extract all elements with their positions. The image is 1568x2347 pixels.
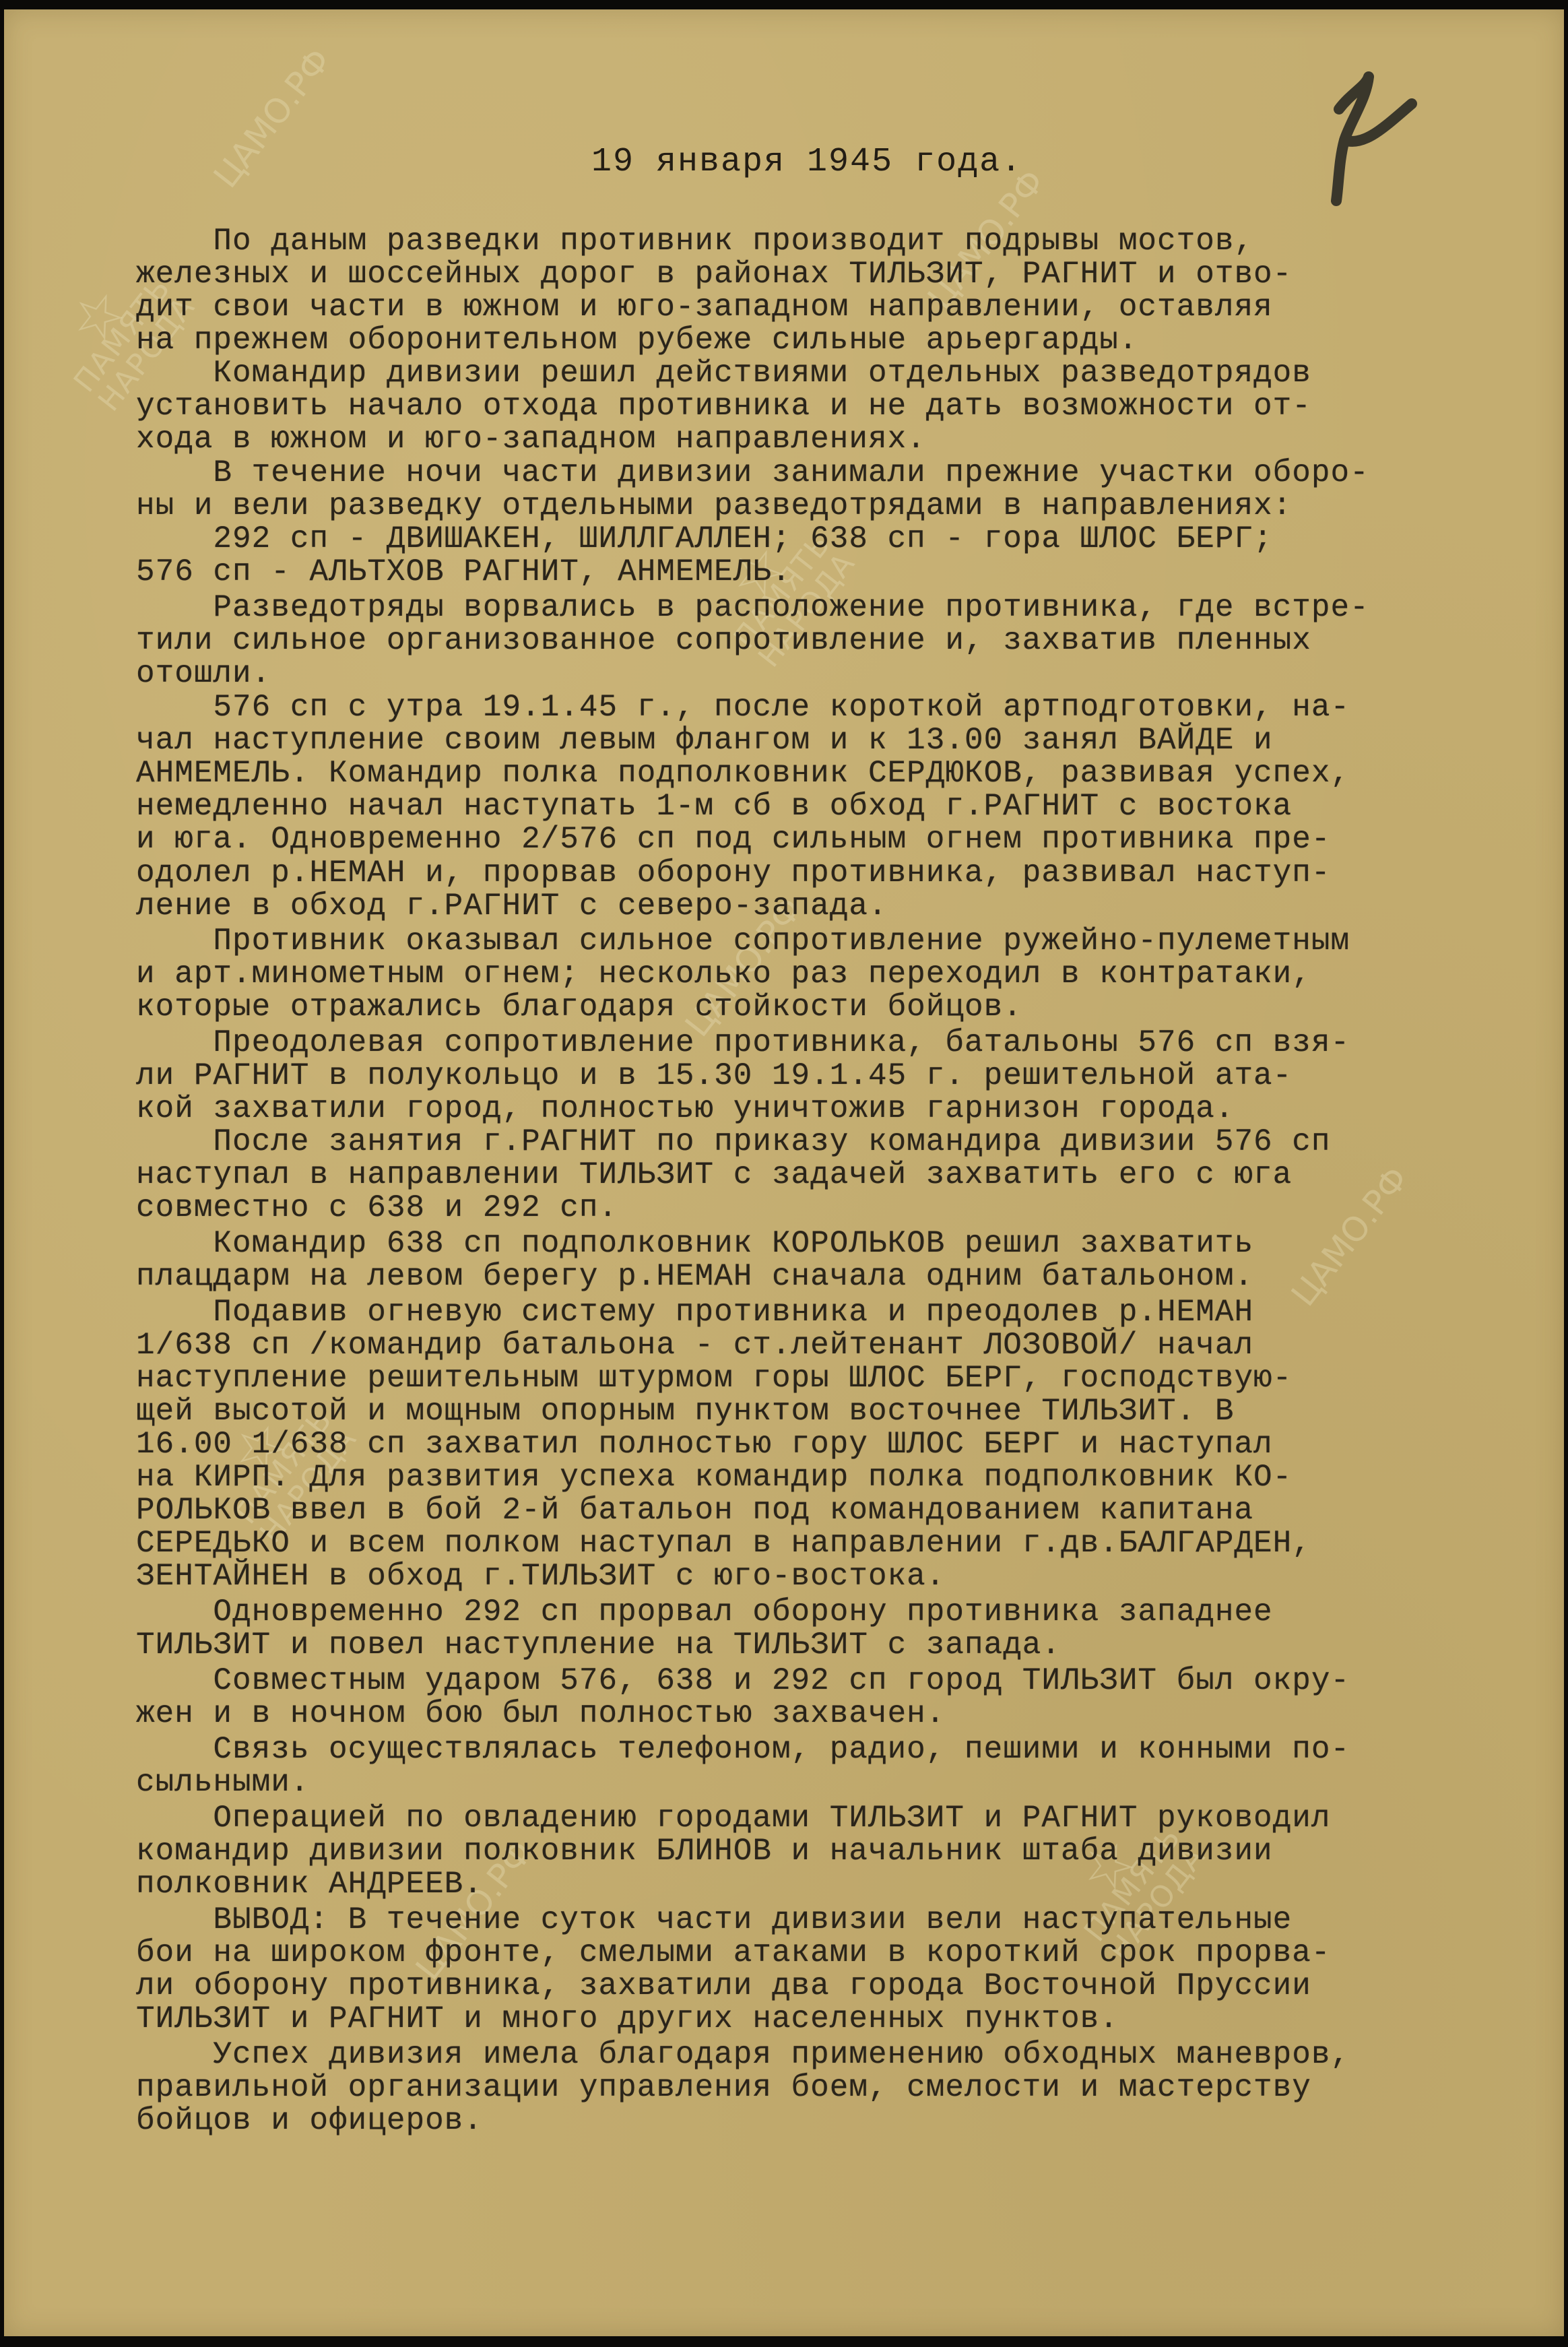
text-line: Преодолевая сопротивление противника, ба… [136,1025,1350,1060]
handwritten-page-number [1324,66,1425,214]
text-line: бои на широком фронте, смелыми атаками в… [136,1935,1330,1970]
text-line: Одновременно 292 сп прорвал оборону прот… [136,1595,1273,1630]
text-line: Связь осуществлялась телефоном, радио, п… [136,1732,1350,1767]
text-line: установить начало отхода противника и не… [136,389,1311,424]
document-page: ЦАМО.РФ ЦАМО.РФ ЦАМО.РФ ЦАМО.РФ ЦАМО.РФ … [4,9,1564,2336]
watermark-text: ЦАМО.РФ [1284,1159,1416,1313]
text-line: Операцией по овладению городами ТИЛЬЗИТ … [136,1801,1330,1836]
text-line: Командир дивизии решил действиями отдель… [136,356,1311,391]
date-heading: 19 января 1945 года. [591,143,1022,181]
text-line: немедленно начал наступать 1-м сб в обхо… [136,789,1292,824]
text-line: командир дивизии полковник БЛИНОВ и нача… [136,1834,1273,1869]
text-line: Успех дивизия имела благодаря применению… [136,2037,1350,2072]
text-line: наступал в направлении ТИЛЬЗИТ с задачей… [136,1157,1292,1192]
text-line: правильной организации управления боем, … [136,2070,1311,2105]
text-line: После занятия г.РАГНИТ по приказу команд… [136,1124,1330,1159]
text-line: ВЫВОД: В течение суток части дивизии вел… [136,1902,1292,1937]
text-line: АНМЕМЕЛЬ. Командир полка подполковник СЕ… [136,756,1350,791]
text-line: ли РАГНИТ в полукольцо и в 15.30 19.1.45… [136,1058,1292,1093]
text-line: чал наступление своим левым флангом и к … [136,723,1273,758]
text-line: и арт.минометным огнем; несколько раз пе… [136,957,1311,992]
text-line: В течение ночи части дивизии занимали пр… [136,455,1369,490]
text-line: совместно с 638 и 292 сп. [136,1190,618,1225]
text-line: ли оборону противника, захватили два гор… [136,1968,1311,2003]
watermark-camo: ЦАМО.РФ [206,41,338,195]
text-line: дит свои части в южном и юго-западном на… [136,290,1273,325]
text-line: хода в южном и юго-западном направлениях… [136,422,926,457]
text-line: бойцов и офицеров. [136,2103,483,2138]
text-line: и юга. Одновременно 2/576 сп под сильным… [136,822,1330,857]
text-line: 1/638 сп /командир батальона - ст.лейтен… [136,1328,1253,1363]
text-line: на КИРП. Для развития успеха командир по… [136,1460,1292,1495]
text-line: наступление решительным штурмом горы ШЛО… [136,1361,1292,1396]
text-line: ТИЛЬЗИТ и повел наступление на ТИЛЬЗИТ с… [136,1628,1061,1663]
text-line: Командир 638 сп подполковник КОРОЛЬКОВ р… [136,1226,1253,1261]
watermark-text: ЦАМО.РФ [206,41,338,195]
text-line: полковник АНДРЕЕВ. [136,1867,483,1902]
text-line: Совместным ударом 576, 638 и 292 сп горо… [136,1663,1350,1698]
text-line: Противник оказывал сильное сопротивление… [136,924,1350,959]
text-line: на прежнем оборонительном рубеже сильные… [136,323,1138,358]
text-line: 576 сп - АЛЬТХОВ РАГНИТ, АНМЕМЕЛЬ. [136,554,791,589]
text-line: кой захватили город, полностью уничтожив… [136,1091,1234,1126]
text-line: 16.00 1/638 сп захватил полностью гору Ш… [136,1427,1273,1462]
text-line: 292 сп - ДВИШАКЕН, ШИЛЛГАЛЛЕН; 638 сп - … [136,521,1273,556]
text-line: одолел р.НЕМАН и, прорвав оборону против… [136,856,1330,891]
text-line: СЕРЕДЬКО и всем полком наступал в направ… [136,1526,1311,1561]
text-line: железных и шоссейных дорог в районах ТИЛ… [136,257,1292,292]
text-line: жен и в ночном бою был полностью захваче… [136,1696,945,1731]
text-line: ны и вели разведку отдельными разведотря… [136,488,1292,523]
text-line: тили сильное организованное сопротивлени… [136,623,1311,658]
text-line: Подавив огневую систему противника и пре… [136,1295,1253,1330]
text-line: ЗЕНТАЙНЕН в обход г.ТИЛЬЗИТ с юго-восток… [136,1559,945,1594]
text-line: Разведотряды ворвались в расположение пр… [136,590,1369,625]
text-line: сыльными. [136,1765,309,1800]
text-line: которые отражались благодаря стойкости б… [136,990,1022,1025]
text-line: щей высотой и мощным опорным пунктом вос… [136,1394,1234,1429]
text-line: отошли. [136,656,271,691]
text-line: РОЛЬКОВ ввел в бой 2-й батальон под кома… [136,1493,1253,1528]
watermark-camo: ЦАМО.РФ [1284,1159,1416,1313]
text-line: По даным разведки противник производит п… [136,224,1253,259]
text-line: 576 сп с утра 19.1.45 г., после короткой… [136,690,1350,725]
text-line: ТИЛЬЗИТ и РАГНИТ и много других населенн… [136,2001,1119,2036]
text-line: плацдарм на левом берегу р.НЕМАН сначала… [136,1259,1253,1294]
text-line: ление в обход г.РАГНИТ с северо-запада. [136,889,888,924]
